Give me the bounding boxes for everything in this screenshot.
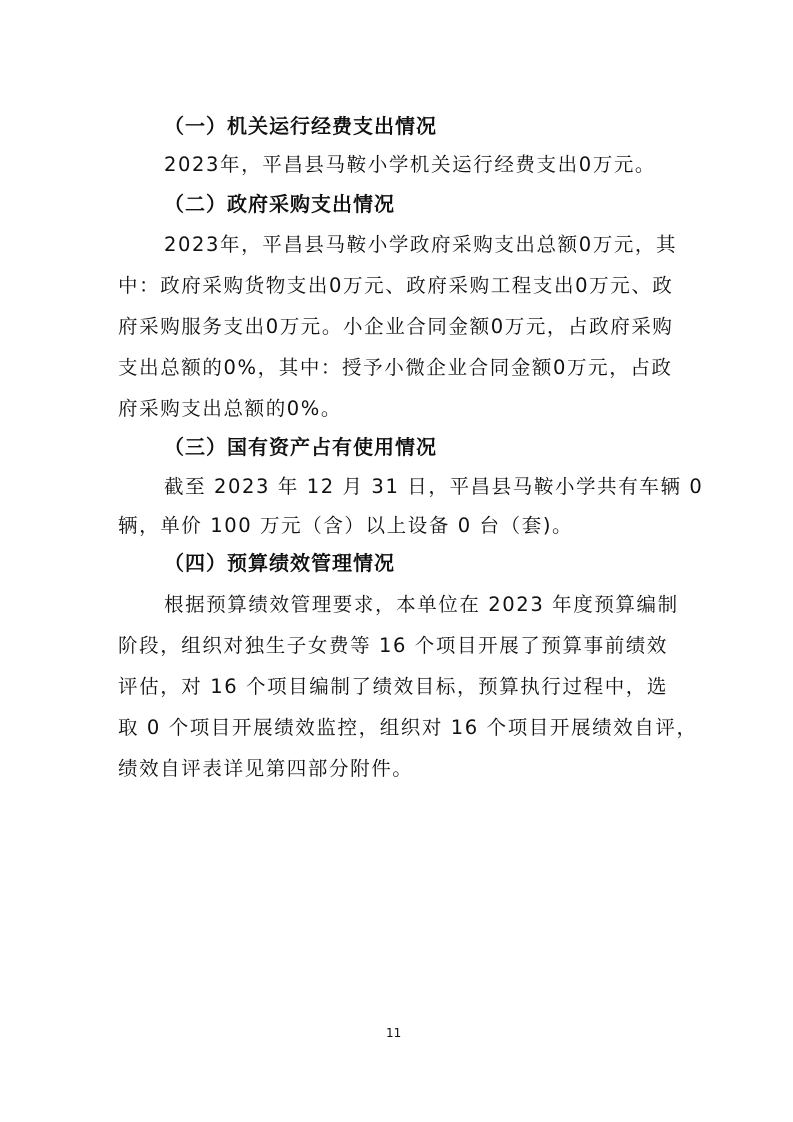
paragraph-line: 辆，单价 100 万元（含）以上设备 0 台（套)。 [118, 510, 573, 538]
paragraph-line: 2023年，平昌县马鞍小学机关运行经费支出0万元。 [164, 149, 656, 177]
paragraph-line: 阶段，组织对独生子女费等 16 个项目开展了预算事前绩效 [118, 630, 668, 658]
section-heading-2: （二）政府采购支出情况 [164, 188, 395, 217]
section-heading-1: （一）机关运行经费支出情况 [164, 110, 437, 139]
paragraph-line: 2023年，平昌县马鞍小学政府采购支出总额0万元，其 [164, 229, 677, 257]
document-page: （一）机关运行经费支出情况 2023年，平昌县马鞍小学机关运行经费支出0万元。 … [0, 0, 793, 1122]
paragraph-line: 截至 2023 年 12 月 31 日，平昌县马鞍小学共有车辆 0 [164, 471, 703, 499]
page-number: 11 [386, 1026, 401, 1040]
paragraph-line: 中：政府采购货物支出0万元、政府采购工程支出0万元、政 [118, 270, 674, 298]
paragraph-line: 绩效自评表详见第四部分附件。 [118, 753, 413, 781]
section-heading-4: （四）预算绩效管理情况 [164, 547, 395, 576]
paragraph-line: 取 0 个项目开展绩效监控，组织对 16 个项目开展绩效自评， [118, 712, 698, 740]
paragraph-line: 府采购服务支出0万元。小企业合同金额0万元，占政府采购 [118, 311, 674, 339]
section-heading-3: （三）国有资产占有使用情况 [164, 431, 437, 460]
paragraph-line: 评估，对 16 个项目编制了绩效目标，预算执行过程中，选 [118, 671, 668, 699]
paragraph-line: 府采购支出总额的0%。 [118, 393, 342, 421]
paragraph-line: 根据预算绩效管理要求，本单位在 2023 年度预算编制 [164, 589, 679, 617]
paragraph-line: 支出总额的0%，其中：授予小微企业合同金额0万元，占政 [118, 352, 673, 380]
